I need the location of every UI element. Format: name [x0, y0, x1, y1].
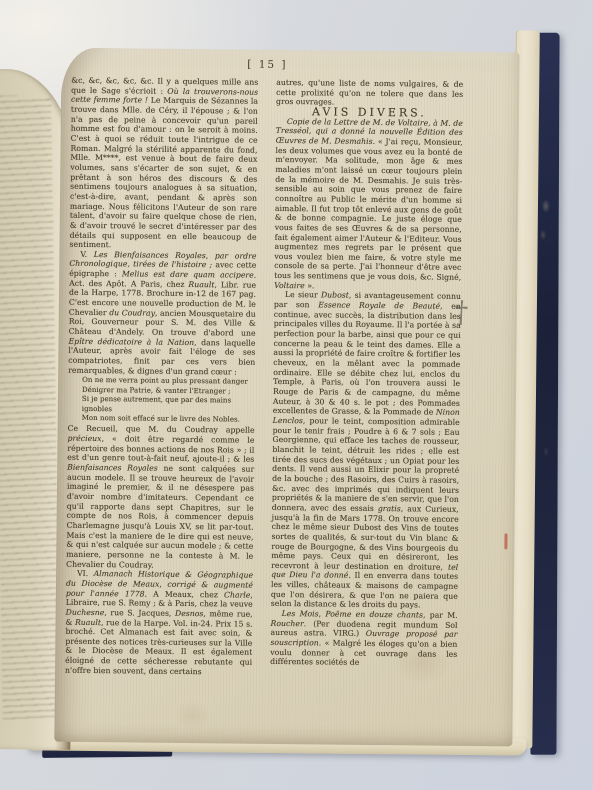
verse-line: Si je pense autrement, que par des mains…	[82, 395, 255, 416]
paragraph: &c, &c, &c, &c, &c. Il y a quelques mill…	[69, 76, 258, 252]
page-number: [ 15 ]	[71, 57, 463, 73]
verse-block: On ne me verra point au plus pressant da…	[82, 376, 255, 425]
handwritten-cross-mark: †	[454, 295, 469, 330]
paragraph: Les Mois, Poëme en douze chants, par M. …	[270, 609, 458, 669]
page-content: [ 15 ] &c, &c, &c, &c, &c. Il y a quelqu…	[55, 48, 520, 680]
paragraph: Copie de la Lettre de M. de Voltaire, à …	[274, 117, 463, 293]
paragraph: V. Les Bienfaisances Royales, par ordre …	[68, 250, 256, 377]
verse-line: Mon nom soit effacé sur le livre des Nob…	[82, 414, 255, 425]
left-page-ghost-text	[0, 95, 61, 720]
red-ink-stain	[504, 533, 507, 549]
paragraph: autres, qu'une liste de noms vulgaires, …	[276, 78, 463, 109]
book-page: [ 15 ] &c, &c, &c, &c, &c. Il y a quelqu…	[54, 48, 519, 747]
open-book: [ 15 ] &c, &c, &c, &c, &c. Il y a quelqu…	[2, 23, 562, 763]
paragraph: VI. Almanach Historique & Géographique d…	[65, 569, 253, 677]
book-photo: [ 15 ] &c, &c, &c, &c, &c. Il y a quelqu…	[0, 0, 593, 790]
paragraph: Ce Recueil, que M. du Coudray appelle pr…	[66, 424, 255, 571]
right-column: autres, qu'une liste de noms vulgaires, …	[270, 78, 463, 679]
left-column: &c, &c, &c, &c, &c. Il y a quelques mill…	[65, 76, 258, 677]
paragraph: Le sieur Dubost, si avantageusement conn…	[271, 290, 461, 611]
